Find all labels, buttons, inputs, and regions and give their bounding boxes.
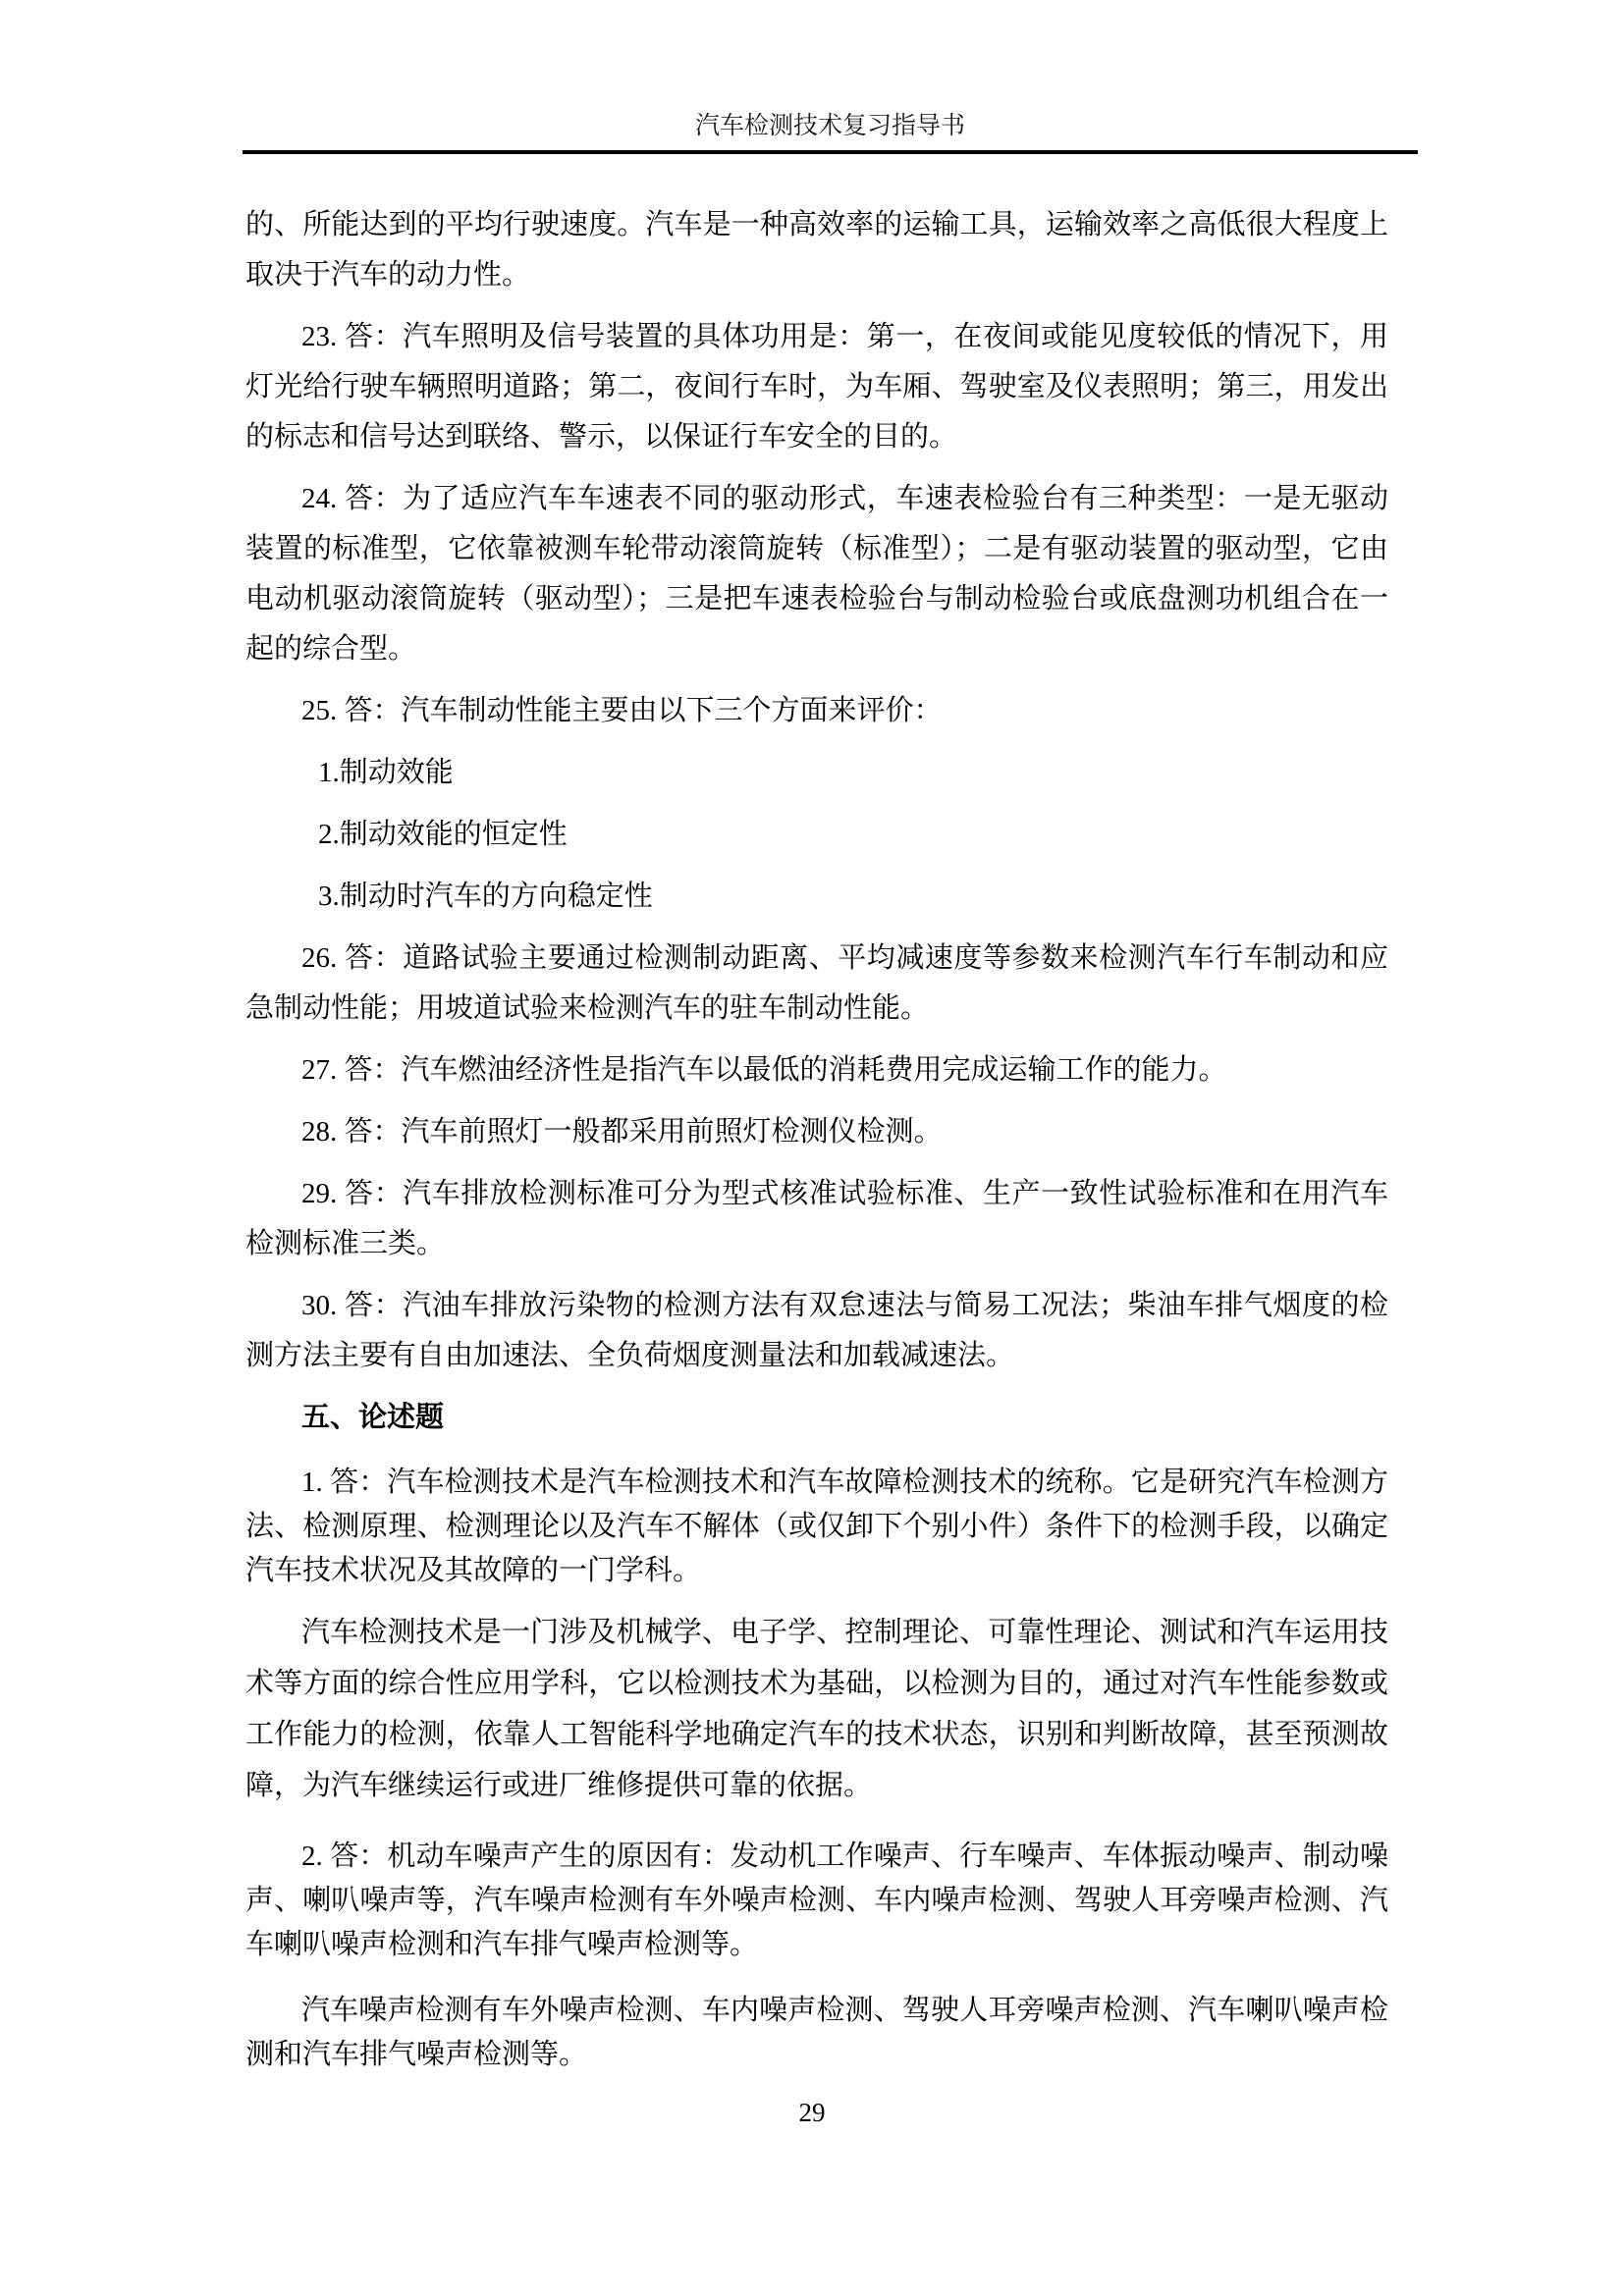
paragraph: 26. 答：道路试验主要通过检测制动距离、平均减速度等参数来检测汽车行车制动和应… bbox=[245, 934, 1388, 1034]
list-item: 3.制动时汽车的方向稳定性 bbox=[245, 872, 1388, 922]
paragraph: 25. 答：汽车制动性能主要由以下三个方面来评价： bbox=[245, 686, 1388, 736]
section-heading: 五、论述题 bbox=[245, 1393, 1388, 1443]
document-body: 的、所能达到的平均行驶速度。汽车是一种高效率的运输工具，运输效率之高低很大程度上… bbox=[245, 0, 1388, 2077]
paragraph: 23. 答：汽车照明及信号装置的具体功用是：第一，在夜间或能见度较低的情况下，用… bbox=[245, 312, 1388, 462]
paragraph: 30. 答：汽油车排放污染物的检测方法有双怠速法与简易工况法；柴油车排气烟度的检… bbox=[245, 1281, 1388, 1381]
list-item: 1.制动效能 bbox=[245, 748, 1388, 798]
document-page: 汽车检测技术复习指导书 的、所能达到的平均行驶速度。汽车是一种高效率的运输工具，… bbox=[0, 0, 1624, 2296]
paragraph: 2. 答：机动车噪声产生的原因有：发动机工作噪声、行车噪声、车体振动噪声、制动噪… bbox=[245, 1835, 1388, 1967]
paragraph: 27. 答：汽车燃油经济性是指汽车以最低的消耗费用完成运输工作的能力。 bbox=[245, 1045, 1388, 1095]
paragraph: 24. 答：为了适应汽车车速表不同的驱动形式，车速表检验台有三种类型：一是无驱动… bbox=[245, 474, 1388, 674]
list-item: 2.制动效能的恒定性 bbox=[245, 810, 1388, 860]
page-footer: 29 bbox=[0, 2097, 1624, 2128]
paragraph: 29. 答：汽车排放检测标准可分为型式核准试验标准、生产一致性试验标准和在用汽车… bbox=[245, 1169, 1388, 1269]
paragraph: 1. 答：汽车检测技术是汽车检测技术和汽车故障检测技术的统称。它是研究汽车检测方… bbox=[245, 1461, 1388, 1593]
paragraph: 汽车噪声检测有车外噪声检测、车内噪声检测、驾驶人耳旁噪声检测、汽车喇叭噪声检测和… bbox=[245, 1989, 1388, 2077]
page-number: 29 bbox=[799, 2098, 826, 2127]
paragraph: 28. 答：汽车前照灯一般都采用前照灯检测仪检测。 bbox=[245, 1107, 1388, 1157]
paragraph: 汽车检测技术是一门涉及机械学、电子学、控制理论、可靠性理论、测试和汽车运用技术等… bbox=[245, 1607, 1388, 1811]
paragraph: 的、所能达到的平均行驶速度。汽车是一种高效率的运输工具，运输效率之高低很大程度上… bbox=[245, 200, 1388, 300]
